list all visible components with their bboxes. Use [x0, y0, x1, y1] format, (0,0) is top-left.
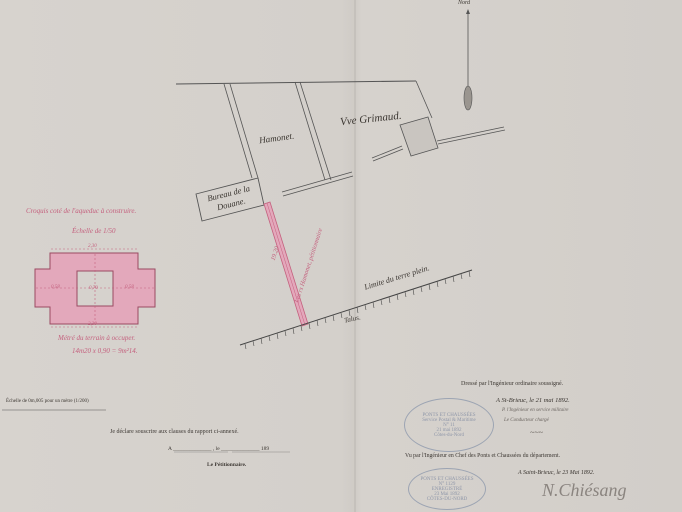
- engineer-role-1: P. l'Ingénieur en service militaire: [502, 408, 568, 413]
- site-plan: [0, 0, 682, 512]
- drawn-by: Dressé par l'Ingénieur ordinaire soussig…: [461, 381, 563, 387]
- area-caption: Métré du terrain à occuper.: [58, 334, 135, 342]
- plan-sheet: Nord Hamonet. Vve Grimaud. Bureau de la …: [0, 0, 682, 512]
- petitioner-signature-label: Le Pétitionnaire.: [207, 462, 246, 468]
- chief-signature: N.Chiésang: [542, 480, 627, 501]
- stamp-ponts-chaussees: PONTS ET CHAUSSÉESService Postal & Marit…: [404, 398, 494, 452]
- seen-by: Vu par l'Ingénieur en Chef des Ponts et …: [405, 453, 560, 459]
- talus-hatching: [245, 271, 470, 349]
- engineer-role-2: Le Conducteur chargé: [504, 418, 549, 423]
- stamp-enregistre: PONTS ET CHAUSSÉESN° 1129ENREGISTRÉ23 Ma…: [408, 468, 486, 510]
- dim-left: 0,58: [51, 285, 60, 290]
- dim-top: 2,30: [88, 244, 97, 249]
- engineer-signature: ~~~: [530, 428, 543, 437]
- area-formula: 14m20 x 0,90 = 9m²14.: [72, 347, 138, 355]
- sketch-scale: Échelle de 1/50: [72, 227, 116, 235]
- declaration-place-line: A ______________ , le ______________ 189: [168, 446, 269, 452]
- engineer-place-date: A St-Brieuc, le 21 mai 1892.: [496, 397, 570, 404]
- chief-place-date: A Saint-Brieuc, le 23 Mai 1892.: [518, 470, 594, 476]
- north-label: Nord: [458, 0, 470, 6]
- sketch-title: Croquis coté de l'aqueduc à construire.: [26, 207, 136, 215]
- scale-note: Échelle de 0m,005 pour un mètre (1/200): [6, 399, 89, 404]
- dim-center: 0,70: [89, 286, 98, 291]
- declaration-text: Je déclare souscrire aux clauses du rapp…: [110, 429, 239, 435]
- dim-bottom: 2,30: [88, 322, 97, 327]
- dim-right: 0,58: [125, 285, 134, 290]
